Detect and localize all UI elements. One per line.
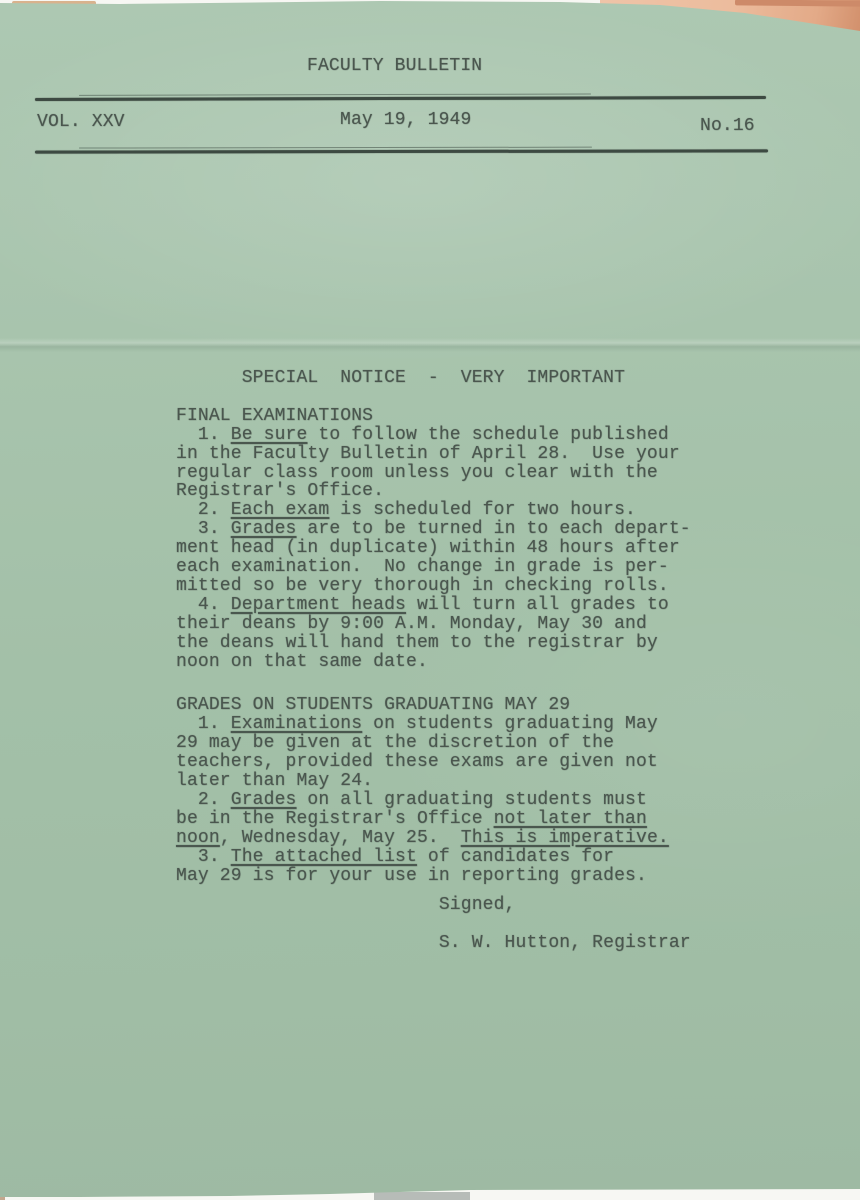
text-line: FINAL EXAMINATIONS: [176, 407, 736, 426]
underlined-text: Be sure: [231, 425, 308, 445]
text-line: S. W. Hutton, Registrar: [176, 934, 736, 953]
fold-crease: [0, 338, 860, 352]
issue-date: May 19, 1949: [340, 110, 471, 130]
text-segment: in the Faculty Bulletin of April 28. Use…: [176, 444, 680, 464]
text-segment: GRADES ON STUDENTS GRADUATING MAY 29: [176, 695, 570, 715]
text-segment: 4.: [176, 595, 231, 615]
text-segment: teachers, provided these exams are given…: [176, 752, 658, 772]
text-segment: their deans by 9:00 A.M. Monday, May 30 …: [176, 614, 647, 634]
text-segment: ment head (in duplicate) within 48 hours…: [176, 538, 680, 558]
document-body: SPECIAL NOTICE - VERY IMPORTANT FINAL EX…: [176, 369, 736, 953]
bulletin-paper: FACULTY BULLETIN VOL. XXV May 19, 1949 N…: [0, 0, 860, 1200]
text-line: noon on that same date.: [176, 653, 736, 672]
text-segment: 2.: [176, 500, 231, 520]
text-segment: will turn all grades to: [406, 595, 669, 615]
text-line: later than May 24.: [176, 772, 736, 791]
bottom-edge-gray-mark: [374, 1192, 470, 1200]
text-line: ment head (in duplicate) within 48 hours…: [176, 539, 736, 558]
text-line: mitted so be very thorough in checking r…: [176, 577, 736, 596]
text-segment: is scheduled for two hours.: [329, 500, 636, 520]
bulletin-title: FACULTY BULLETIN: [307, 56, 482, 76]
text-line: 29 may be given at the discretion of the: [176, 734, 736, 753]
underlined-text: Grades: [231, 519, 297, 539]
masthead-rule-top: [35, 96, 766, 101]
text-segment: 3.: [176, 519, 231, 539]
text-segment: S. W. Hutton, Registrar: [176, 933, 691, 953]
text-segment: FINAL EXAMINATIONS: [176, 406, 373, 426]
text-segment: are to be turned in to each depart-: [296, 519, 690, 539]
underlined-text: noon: [176, 828, 220, 848]
text-line: 1. Be sure to follow the schedule publis…: [176, 426, 736, 445]
text-segment: be in the Registrar's Office: [176, 809, 494, 829]
text-segment: Signed,: [176, 895, 516, 915]
text-segment: on students graduating May: [362, 714, 658, 734]
text-segment: to follow the schedule published: [307, 425, 668, 445]
text-segment: on all graduating students must: [296, 790, 646, 810]
text-segment: the deans will hand them to the registra…: [176, 633, 658, 653]
text-segment: 29 may be given at the discretion of the: [176, 733, 614, 753]
text-line: teachers, provided these exams are given…: [176, 753, 736, 772]
underlined-text: Examinations: [231, 714, 362, 734]
text-line: SPECIAL NOTICE - VERY IMPORTANT: [176, 369, 736, 388]
text-line: 4. Department heads will turn all grades…: [176, 596, 736, 615]
text-line: noon, Wednesday, May 25. This is imperat…: [176, 829, 736, 848]
volume-label: VOL. XXV: [37, 112, 125, 132]
text-line: 2. Each exam is scheduled for two hours.: [176, 501, 736, 520]
text-segment: each examination. No change in grade is …: [176, 557, 669, 577]
underlined-text: Each exam: [231, 500, 330, 520]
text-line: in the Faculty Bulletin of April 28. Use…: [176, 445, 736, 464]
text-line: [176, 388, 736, 407]
underlined-text: Department heads: [231, 595, 406, 615]
text-line: their deans by 9:00 A.M. Monday, May 30 …: [176, 615, 736, 634]
issue-number: No.16: [700, 116, 755, 136]
text-segment: 1.: [176, 714, 231, 734]
underlined-text: not later than: [494, 809, 647, 829]
text-line: 3. The attached list of candidates for: [176, 848, 736, 867]
text-segment: of candidates for: [417, 847, 614, 867]
text-line: [176, 672, 736, 691]
text-segment: mitted so be very thorough in checking r…: [176, 576, 669, 596]
text-segment: regular class room unless you clear with…: [176, 463, 658, 483]
text-line: 2. Grades on all graduating students mus…: [176, 791, 736, 810]
text-line: 1. Examinations on students graduating M…: [176, 715, 736, 734]
text-segment: Registrar's Office.: [176, 481, 384, 501]
text-line: regular class room unless you clear with…: [176, 464, 736, 483]
underlined-text: Grades: [231, 790, 297, 810]
text-line: Signed,: [176, 896, 736, 915]
text-line: GRADES ON STUDENTS GRADUATING MAY 29: [176, 696, 736, 715]
text-segment: noon on that same date.: [176, 652, 428, 672]
text-segment: SPECIAL NOTICE - VERY IMPORTANT: [176, 368, 625, 388]
text-line: May 29 is for your use in reporting grad…: [176, 867, 736, 886]
text-line: Registrar's Office.: [176, 482, 736, 501]
text-line: [176, 915, 736, 934]
text-line: 3. Grades are to be turned in to each de…: [176, 520, 736, 539]
underlined-text: The attached list: [231, 847, 417, 867]
text-segment: 2.: [176, 790, 231, 810]
text-segment: 1.: [176, 425, 231, 445]
text-line: the deans will hand them to the registra…: [176, 634, 736, 653]
text-segment: later than May 24.: [176, 771, 373, 791]
text-segment: 3.: [176, 847, 231, 867]
text-segment: , Wednesday, May 25.: [220, 828, 461, 848]
underlined-text: This is imperative.: [461, 828, 669, 848]
masthead-rule-bottom: [35, 149, 768, 153]
text-line: each examination. No change in grade is …: [176, 558, 736, 577]
text-line: be in the Registrar's Office not later t…: [176, 810, 736, 829]
text-segment: May 29 is for your use in reporting grad…: [176, 866, 647, 886]
scanned-page: FACULTY BULLETIN VOL. XXV May 19, 1949 N…: [0, 0, 860, 1200]
